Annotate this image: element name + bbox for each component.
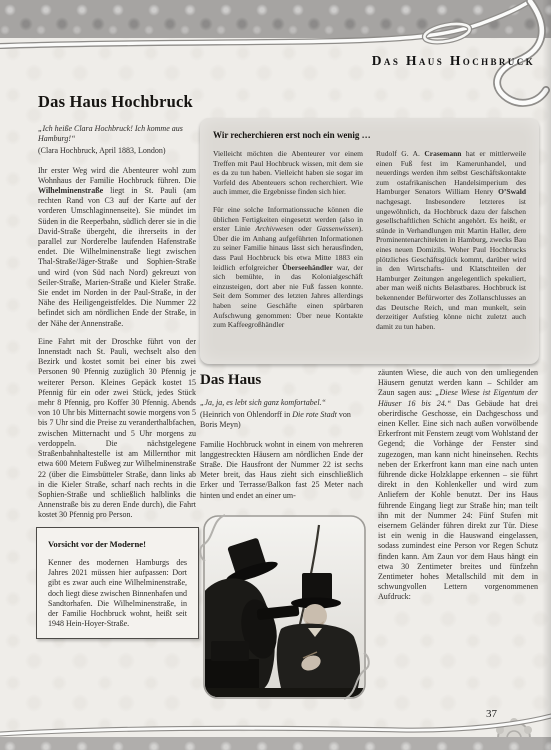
page-edge-shade xyxy=(542,0,551,750)
opening-quote: „Ich heiße Clara Hochbruck! Ich komme au… xyxy=(38,124,196,144)
notice-box-title: Vorsicht vor der Moderne! xyxy=(48,539,187,549)
coachmen-photo xyxy=(199,511,370,703)
page-title: Das Haus Hochbruck xyxy=(38,92,196,112)
section-title-das-haus: Das Haus xyxy=(200,372,363,389)
research-box-title: Wir recherchieren erst noch ein wenig … xyxy=(213,130,526,140)
left-paragraph-2: Eine Fahrt mit der Droschke führt von de… xyxy=(38,337,196,521)
book-page: Das Haus Hochbruck Das Haus Hochbruck „I… xyxy=(0,0,551,750)
das-haus-paragraph: Familie Hochbruck wohnt in einem von meh… xyxy=(200,440,363,501)
research-paragraph-3: Rudolf G. A. Crasemann hat er mittlerwei… xyxy=(376,149,526,331)
page-number: 37 xyxy=(486,708,497,720)
research-box-columns: Vielleicht möchten die Abenteurer vor ei… xyxy=(213,149,526,339)
middle-column: Das Haus „Ja, ja, es lebt sich ganz komf… xyxy=(200,372,363,509)
notice-box-body: Kenner des modernen Hamburgs des Jahres … xyxy=(48,558,187,629)
opening-quote-attribution: (Clara Hochbruck, April 1883, London) xyxy=(38,146,196,156)
left-column: Das Haus Hochbruck „Ich heiße Clara Hoch… xyxy=(38,92,196,529)
research-box-column-1: Vielleicht möchten die Abenteurer vor ei… xyxy=(213,149,363,339)
right-paragraph: zäunten Wiese, die auch von den umliegen… xyxy=(378,368,538,603)
right-column: zäunten Wiese, die auch von den umliegen… xyxy=(378,368,538,611)
notice-box: Vorsicht vor der Moderne! Kenner des mod… xyxy=(36,527,199,639)
das-haus-quote: „Ja, ja, es lebt sich ganz komfortabel.“ xyxy=(200,398,363,408)
research-paragraph-2: Für eine solche Informationssuche können… xyxy=(213,205,363,330)
research-sidebar-box: Wir recherchieren erst noch ein wenig … … xyxy=(200,118,539,364)
research-paragraph-1: Vielleicht möchten die Abenteurer vor ei… xyxy=(213,149,363,197)
research-box-column-2: Rudolf G. A. Crasemann hat er mittlerwei… xyxy=(376,149,526,339)
running-header: Das Haus Hochbruck xyxy=(372,53,535,69)
bottom-damask-band xyxy=(0,737,551,750)
left-paragraph-1: Ihr erster Weg wird die Abenteurer wohl … xyxy=(38,166,196,329)
das-haus-quote-attribution: (Heinrich von Ohlendorff in Die rote Sta… xyxy=(200,410,363,430)
top-damask-band xyxy=(0,0,551,38)
coachmen-photo-illustration xyxy=(199,511,370,703)
